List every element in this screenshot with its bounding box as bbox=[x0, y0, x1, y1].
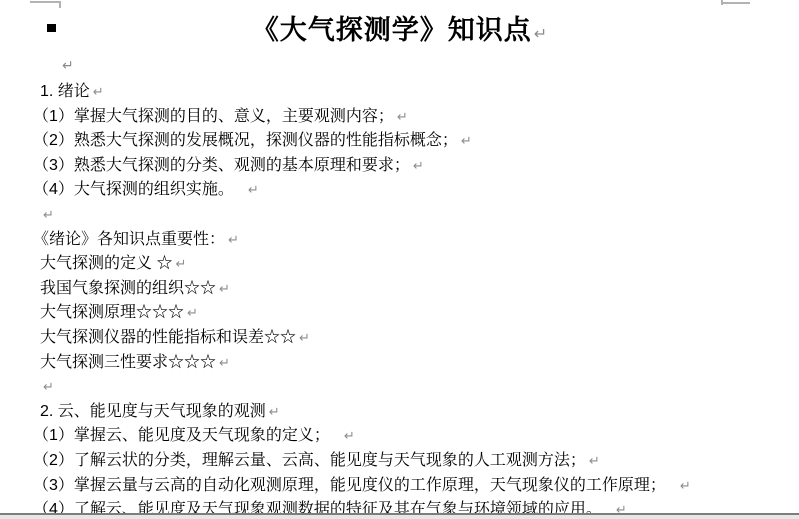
text-line[interactable]: （3）掌握云量与云高的自动化观测原理，能见度仪的工作原理，天气现象仪的工作原理；… bbox=[33, 474, 790, 499]
empty-paragraph[interactable]: ↵ bbox=[40, 203, 790, 228]
margin-corner-mark-left bbox=[59, 1, 61, 8]
paragraph-mark-icon: ↵ bbox=[219, 281, 230, 296]
empty-paragraph[interactable]: ↵ bbox=[62, 56, 74, 74]
text-line[interactable]: （1）掌握大气探测的目的、意义，主要观测内容；↵ bbox=[33, 105, 790, 130]
text-line[interactable]: 大气探测的定义 ☆↵ bbox=[40, 252, 790, 277]
document-title-row[interactable]: 《大气探测学》知识点↵ bbox=[0, 8, 799, 47]
paragraph-mark-icon: ↵ bbox=[269, 404, 280, 419]
text-line[interactable]: （1）掌握云、能见度及天气现象的定义；↵ bbox=[33, 424, 790, 449]
text-line[interactable]: 大气探测仪器的性能指标和误差☆☆↵ bbox=[40, 326, 790, 351]
paragraph-mark-icon: ↵ bbox=[299, 330, 310, 345]
text-line[interactable]: 1. 绪论↵ bbox=[40, 80, 790, 105]
text-line[interactable]: 《绪论》各知识点重要性：↵ bbox=[33, 228, 790, 253]
paragraph-mark-icon: ↵ bbox=[680, 478, 691, 493]
paragraph-mark-icon: ↵ bbox=[413, 158, 424, 173]
margin-corner-mark-right bbox=[721, 0, 723, 5]
text-line[interactable]: 我国气象探测的组织☆☆↵ bbox=[40, 277, 790, 302]
paragraph-mark-icon: ↵ bbox=[175, 256, 186, 271]
paragraph-mark-icon: ↵ bbox=[43, 379, 54, 394]
text-line[interactable]: （2）了解云状的分类，理解云量、云高、能见度与天气现象的人工观测方法；↵ bbox=[33, 449, 790, 474]
paragraph-mark-icon: ↵ bbox=[187, 305, 198, 320]
window-bottom-edge-fill bbox=[0, 515, 799, 519]
paragraph-mark-icon: ↵ bbox=[43, 207, 54, 222]
text-line[interactable]: （3）熟悉大气探测的分类、观测的基本原理和要求；↵ bbox=[33, 154, 790, 179]
document-body[interactable]: 1. 绪论↵ （1）掌握大气探测的目的、意义，主要观测内容；↵ （2）熟悉大气探… bbox=[40, 80, 790, 519]
text-line[interactable]: 大气探测原理☆☆☆↵ bbox=[40, 301, 790, 326]
margin-corner-mark-left bbox=[30, 1, 61, 3]
document-title: 《大气探测学》知识点 bbox=[252, 15, 532, 45]
paragraph-mark-icon: ↵ bbox=[397, 109, 408, 124]
text-line[interactable]: 2. 云、能见度与天气现象的观测↵ bbox=[40, 400, 790, 425]
paragraph-mark-icon: ↵ bbox=[589, 453, 600, 468]
paragraph-mark-icon: ↵ bbox=[219, 355, 230, 370]
margin-corner-mark-right bbox=[721, 2, 750, 4]
paragraph-mark-icon: ↵ bbox=[228, 232, 239, 247]
text-line[interactable]: 大气探测三性要求☆☆☆↵ bbox=[40, 351, 790, 376]
paragraph-mark-icon: ↵ bbox=[248, 182, 259, 197]
paragraph-mark-icon: ↵ bbox=[534, 26, 547, 43]
paragraph-mark-icon: ↵ bbox=[93, 84, 104, 99]
empty-paragraph[interactable]: ↵ bbox=[40, 375, 790, 400]
paragraph-mark-icon: ↵ bbox=[461, 133, 472, 148]
paragraph-mark-icon: ↵ bbox=[344, 428, 355, 443]
paragraph-mark-icon: ↵ bbox=[62, 57, 74, 73]
word-document-page[interactable]: 《大气探测学》知识点↵ ↵ 1. 绪论↵ （1）掌握大气探测的目的、意义，主要观… bbox=[0, 0, 799, 519]
text-line[interactable]: （2）熟悉大气探测的发展概况，探测仪器的性能指标概念；↵ bbox=[33, 129, 790, 154]
text-line[interactable]: （4）大气探测的组织实施。↵ bbox=[33, 178, 790, 203]
